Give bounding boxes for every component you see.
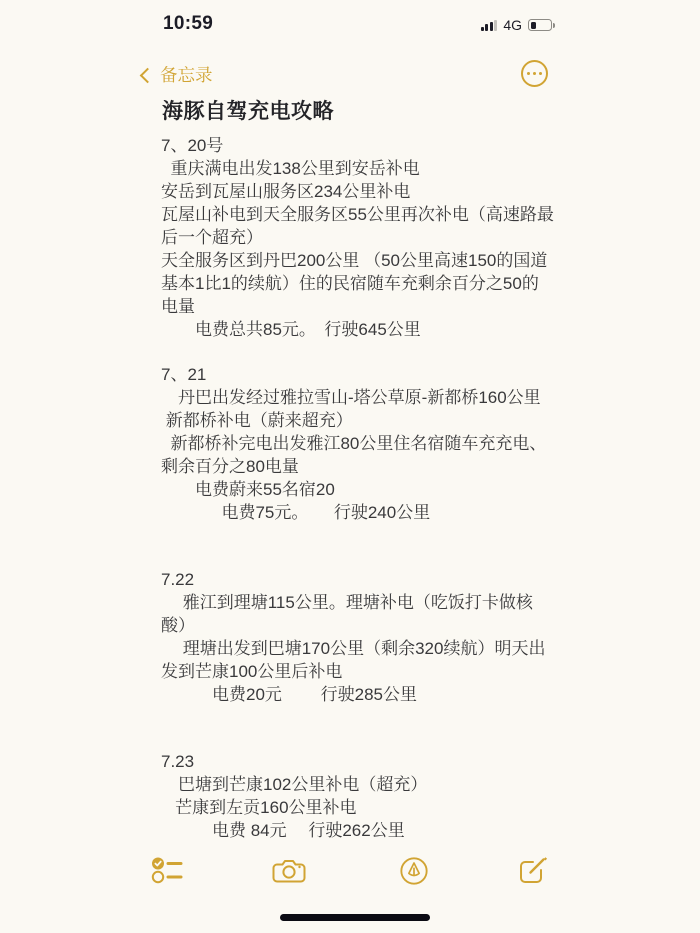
note-section: 7.22 雅江到理塘115公里。理塘补电（吃饭打卡做核酸） 理塘出发到巴塘170… xyxy=(161,568,580,706)
section-heading: 7.23 xyxy=(161,750,580,773)
note-line: 基本1比1的续航）住的民宿随车充剩余百分之50的 xyxy=(161,272,580,295)
network-type-label: 4G xyxy=(503,17,522,33)
note-section: 7、20号 重庆满电出发138公里到安岳补电安岳到瓦屋山服务区234公里补电瓦屋… xyxy=(161,134,580,341)
bottom-toolbar xyxy=(0,852,700,892)
more-options-button[interactable] xyxy=(521,60,548,87)
note-line: 电量 xyxy=(161,295,580,318)
nav-bar: 备忘录 xyxy=(0,60,700,94)
note-line: 电费20元 行驶285公里 xyxy=(161,683,580,706)
note-line: 新都桥补电（蔚来超充） xyxy=(161,409,580,432)
back-button-label: 备忘录 xyxy=(160,62,213,87)
note-line: 电费 84元 行驶262公里 xyxy=(161,819,580,842)
note-line: 重庆满电出发138公里到安岳补电 xyxy=(161,157,580,180)
section-heading: 7、20号 xyxy=(161,134,580,157)
note-line: 电费蔚来55名宿20 xyxy=(161,478,580,501)
note-line: 酸） xyxy=(161,614,580,637)
back-button[interactable]: 备忘录 xyxy=(142,62,213,87)
compose-icon[interactable] xyxy=(517,856,549,886)
note-line: 电费总共85元。 行驶645公里 xyxy=(161,318,580,341)
signal-icon xyxy=(481,20,498,31)
notes-app-screen: 10:59 4G 备忘录 海豚自驾充电攻略 7、20号 重庆满电出发138公里到… xyxy=(0,0,700,933)
markup-icon[interactable] xyxy=(399,856,429,886)
note-line: 巴塘到芒康102公里补电（超充） xyxy=(161,773,580,796)
note-line: 雅江到理塘115公里。理塘补电（吃饭打卡做核 xyxy=(161,591,580,614)
note-line: 天全服务区到丹巴200公里 （50公里高速150的国道 xyxy=(161,249,580,272)
note-line: 剩余百分之80电量 xyxy=(161,455,580,478)
ellipsis-icon xyxy=(527,72,530,75)
note-line: 理塘出发到巴塘170公里（剩余320续航）明天出 xyxy=(161,637,580,660)
chevron-left-icon xyxy=(140,67,156,83)
note-title: 海豚自驾充电攻略 xyxy=(162,95,334,125)
section-heading: 7、21 xyxy=(161,363,580,386)
note-line: 瓦屋山补电到天全服务区55公里再次补电（高速路最 xyxy=(161,203,580,226)
note-section: 7.23 巴塘到芒康102公里补电（超充） 芒康到左贡160公里补电 电费 84… xyxy=(161,750,580,842)
note-line: 丹巴出发经过雅拉雪山-塔公草原-新都桥160公里 xyxy=(161,386,580,409)
home-indicator[interactable] xyxy=(280,914,430,921)
note-line: 新都桥补完电出发雅江80公里住名宿随车充充电、 xyxy=(161,432,580,455)
battery-icon xyxy=(528,19,552,31)
section-heading: 7.22 xyxy=(161,568,580,591)
note-line: 后一个超充） xyxy=(161,226,580,249)
note-line: 安岳到瓦屋山服务区234公里补电 xyxy=(161,180,580,203)
status-bar: 10:59 4G xyxy=(0,0,700,48)
note-line: 发到芒康100公里后补电 xyxy=(161,660,580,683)
checklist-icon[interactable] xyxy=(150,856,188,884)
note-body[interactable]: 7、20号 重庆满电出发138公里到安岳补电安岳到瓦屋山服务区234公里补电瓦屋… xyxy=(161,134,580,842)
note-section: 7、21 丹巴出发经过雅拉雪山-塔公草原-新都桥160公里 新都桥补电（蔚来超充… xyxy=(161,363,580,524)
status-time: 10:59 xyxy=(163,13,213,35)
note-line: 电费75元。 行驶240公里 xyxy=(161,501,580,524)
note-line: 芒康到左贡160公里补电 xyxy=(161,796,580,819)
camera-icon[interactable] xyxy=(272,856,306,884)
